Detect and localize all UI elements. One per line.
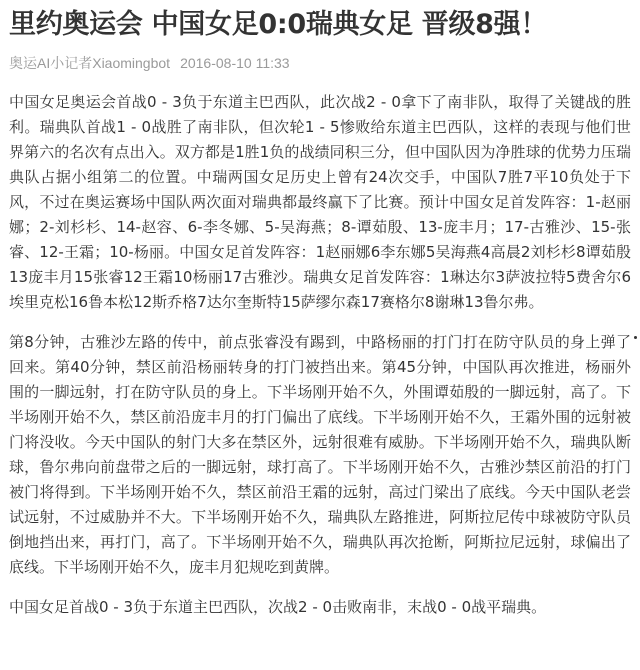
publish-datetime: 2016-08-10 11:33 <box>180 55 290 71</box>
author-name[interactable]: 奥运AI小记者Xiaomingbot <box>9 55 170 71</box>
article-meta: 奥运AI小记者Xiaomingbot2016-08-10 11:33 <box>9 54 631 72</box>
article-paragraph-intro: 中国女足奥运会首战0 - 3负于东道主巴西队，此次战2 - 0拿下了南非队，取得… <box>9 90 631 315</box>
article-paragraph-summary: 中国女足首战0 - 3负于东道主巴西队，次战2 - 0击败南非，末战0 - 0战… <box>9 595 631 620</box>
article-title: 里约奥运会 中国女足0:0瑞典女足 晋级8强！ <box>9 0 631 44</box>
article-paragraph-match: 第8分钟，古雅沙左路的传中，前点张睿没有踢到，中路杨丽的打门打在防守队员的身上弹… <box>9 330 631 580</box>
bullet-dot-icon <box>634 336 637 339</box>
article: 里约奥运会 中国女足0:0瑞典女足 晋级8强！ 奥运AI小记者Xiaomingb… <box>9 0 631 620</box>
